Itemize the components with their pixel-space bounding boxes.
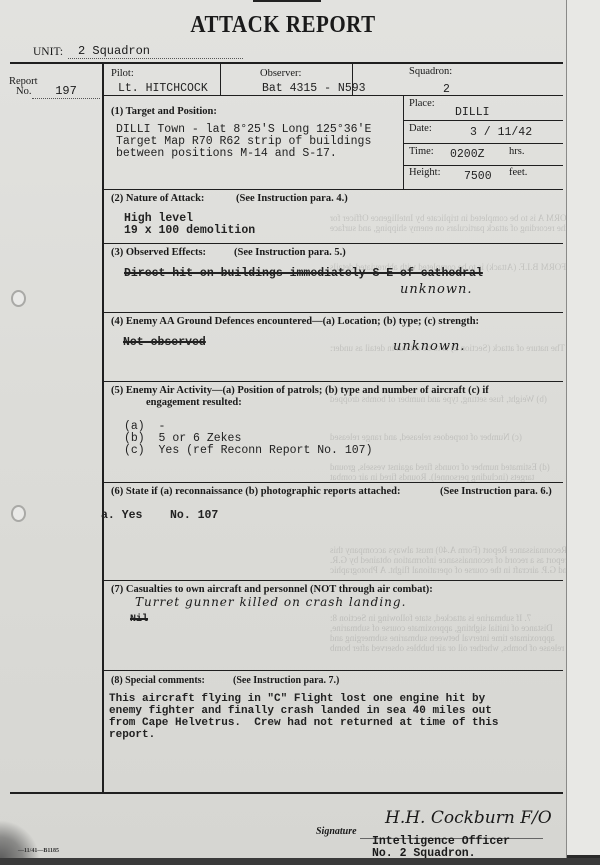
bleed-through-text: Distance of initial sighting, approximat…: [330, 623, 553, 633]
unit-label: UNIT:: [33, 46, 63, 58]
air-activity-list: (a) -(b) 5 or 6 Zekes(c) Yes (ref Reconn…: [124, 421, 372, 457]
height-value: 7500: [464, 170, 492, 183]
bleed-through-text: targets (including personnel). Rounds fi…: [330, 472, 534, 482]
section-divider: [103, 670, 563, 671]
page-title: ATTACK REPORT: [0, 10, 566, 39]
observer-value: Bat 4315 - N593: [262, 82, 366, 95]
time-label: Time:: [409, 146, 434, 157]
form-code: —11/41—B1185: [18, 848, 59, 854]
height-unit: feet.: [509, 167, 527, 178]
date-value: 3 / 11/42: [470, 126, 532, 139]
section-divider: [103, 381, 563, 382]
section-3-label: (3) Observed Effects:: [111, 247, 206, 258]
section-8-instruction: (See Instruction para. 7.): [233, 675, 339, 686]
left-column-border: [102, 63, 104, 793]
report-number: 197: [32, 84, 100, 99]
section-8-label: (8) Special comments:: [111, 675, 205, 686]
bleed-through-text: 7. If submarine is attacked, state follo…: [330, 613, 531, 623]
unit-value: 2 Squadron: [68, 44, 243, 59]
time-value: 0200Z: [450, 148, 485, 161]
pilot-label: Pilot:: [111, 68, 134, 79]
bleed-through-text: 6. A Reconnaissance Report (Form A.40) m…: [330, 545, 584, 555]
section-divider: [103, 189, 563, 190]
details-row-divider: [403, 143, 563, 144]
scan-bottom-edge: [0, 858, 600, 865]
punch-hole: [11, 505, 26, 522]
signature-label: Signature: [316, 826, 357, 837]
observer-label: Observer:: [260, 68, 301, 79]
pilot-observer-divider: [220, 63, 221, 95]
place-label: Place:: [409, 98, 435, 109]
section-3-instruction: (See Instruction para. 5.): [234, 247, 346, 258]
bleed-through-text: (d) Estimated number of rounds fired aga…: [330, 462, 550, 472]
signature-handwritten: H.H. Cockburn F/O: [385, 808, 552, 828]
details-divider: [403, 95, 404, 189]
target-position-text: DILLI Town - lat 8°25'S Long 125°36'ETar…: [116, 124, 371, 160]
height-label: Height:: [409, 167, 441, 178]
bleed-through-text: 1. FORM A is to be completed in triplica…: [330, 213, 581, 223]
aa-defences-struck: Not observed: [123, 336, 206, 349]
section-6-instruction: (See Instruction para. 6.): [440, 486, 552, 497]
page-corner-shadow: [0, 820, 40, 860]
observed-effects-struck: Direct hit on buildings immediately S E …: [124, 267, 483, 280]
observed-effects-handwritten: unknown.: [400, 282, 472, 297]
section-7-label: (7) Casualties to own aircraft and perso…: [111, 584, 433, 595]
section-divider: [103, 482, 563, 483]
section-6-label: (6) State if (a) reconnaissance (b) phot…: [111, 486, 401, 497]
special-comments-text: This aircraft flying in "C" Flight lost …: [109, 693, 498, 741]
time-unit: hrs.: [509, 146, 524, 157]
squadron-value: 2: [443, 83, 450, 96]
pilot-value: Lt. HITCHCOCK: [118, 82, 208, 95]
details-row-divider: [403, 165, 563, 166]
bleed-through-text: release of bombs, whether oil or air bub…: [330, 643, 564, 653]
squadron-label: Squadron:: [409, 66, 452, 77]
aa-defences-handwritten: unknown.: [393, 339, 465, 354]
place-value: DILLI: [455, 106, 490, 119]
punch-hole: [11, 290, 26, 307]
section-divider: [103, 312, 563, 313]
casualties-handwritten: Turret gunner killed on crash landing.: [135, 595, 406, 609]
bleed-through-text: the recording of attack particulars on e…: [330, 223, 568, 233]
top-border: [10, 62, 563, 64]
section-5-label-cont: engagement resulted:: [146, 397, 242, 408]
reports-attached-value: a. Yes No. 107: [101, 509, 218, 522]
section-divider: [103, 580, 563, 581]
signatory-title: Intelligence OfficerNo. 2 Squadron.: [372, 836, 510, 860]
section-4-label: (4) Enemy AA Ground Defences encountered…: [111, 316, 479, 327]
bleed-through-text: report as a record of reconnaissance inf…: [330, 555, 568, 565]
section-1-label: (1) Target and Position:: [111, 106, 217, 117]
section-divider: [103, 243, 563, 244]
date-label: Date:: [409, 123, 432, 134]
bottom-border: [10, 792, 563, 794]
nature-of-attack-text: High level19 x 100 demolition: [124, 213, 255, 237]
section-2-label: (2) Nature of Attack:: [111, 193, 204, 204]
air-activity-item-c: (c) Yes (ref Reconn Report No. 107): [124, 445, 372, 457]
section-5-label: (5) Enemy Air Activity—(a) Position of p…: [111, 385, 489, 396]
casualties-struck: Nil: [130, 614, 148, 625]
row-divider: [103, 95, 563, 96]
section-2-instruction: (See Instruction para. 4.): [236, 193, 348, 204]
report-no-label: No.: [16, 86, 31, 97]
details-row-divider: [403, 120, 563, 121]
attack-report-page: ATTACK REPORT UNIT: 2 Squadron 1. FORM A…: [0, 0, 566, 865]
bleed-through-text: approximate time interval between submar…: [330, 633, 555, 643]
page-edge: [566, 0, 600, 865]
top-rule: [253, 0, 321, 2]
bleed-through-text: and G.P. aircraft in the course of opera…: [330, 565, 571, 575]
